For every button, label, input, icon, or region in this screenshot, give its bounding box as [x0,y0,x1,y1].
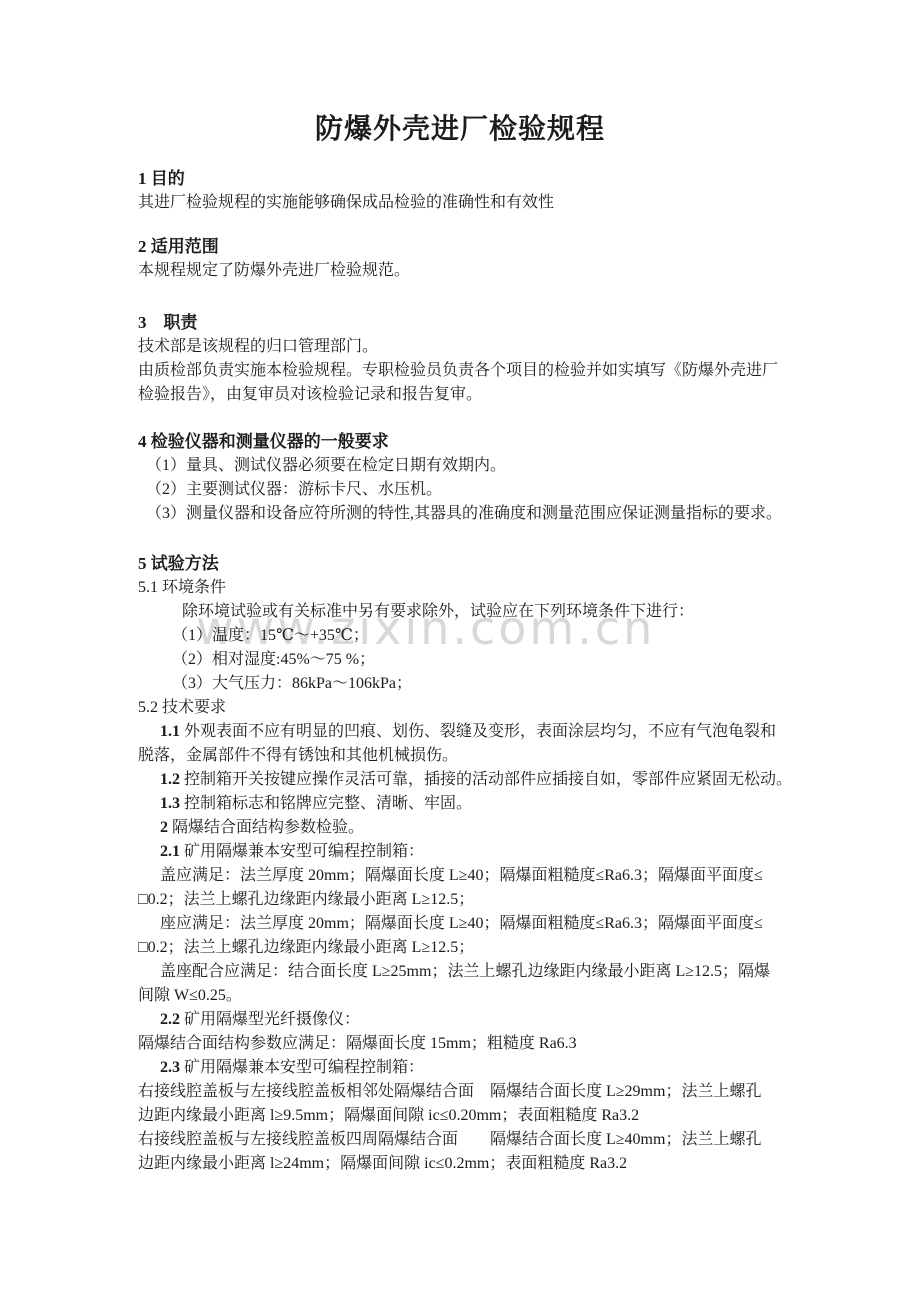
text-line: 技术部是该规程的归口管理部门。 [138,335,782,359]
line-text: 本规程规定了防爆外壳进厂检验规范。 [138,262,410,279]
text-line: 由质检部负责实施本检验规程。专职检验员负责各个项目的检验并如实填写《防爆外壳进厂 [138,359,782,383]
line-text: 右接线腔盖板与左接线腔盖板相邻处隔爆结合面 隔爆结合面长度 L≥29mm；法兰上… [138,1083,761,1100]
line-text: 间隙 W≤0.25。 [138,987,242,1004]
line-text: （3）大气压力：86kPa～106kPa； [172,675,412,692]
text-line: 座应满足：法兰厚度 20mm；隔爆面长度 L≥40；隔爆面粗糙度≤Ra6.3；隔… [138,912,782,936]
line-number-prefix: 1.2 [160,771,180,788]
line-text: 控制箱开关按键应操作灵活可靠，插接的活动部件应插接自如，零部件应紧固无松动。 [180,771,792,788]
line-text: 矿用隔爆兼本安型可编程控制箱： [180,1059,424,1076]
line-text: 座应满足：法兰厚度 20mm；隔爆面长度 L≥40；隔爆面粗糙度≤Ra6.3；隔… [160,915,763,932]
text-line: （1）量具、测试仪器必须要在检定日期有效期内。 [138,454,782,478]
text-line: 1.3 控制箱标志和铭牌应完整、清晰、牢固。 [138,792,782,816]
line-text: □0.2；法兰上螺孔边缘距内缘最小距离 L≥12.5； [138,939,474,956]
line-number-prefix: 2 适用范围 [138,237,219,256]
line-text: 盖应满足：法兰厚度 20mm；隔爆面长度 L≥40；隔爆面粗糙度≤Ra6.3；隔… [160,867,763,884]
line-number-prefix: 2.2 [160,1011,180,1028]
text-line: 脱落，金属部件不得有锈蚀和其他机械损伤。 [138,744,782,768]
line-text: （2）相对湿度:45%～75 %； [172,651,375,668]
document-body: 1 目的其进厂检验规程的实施能够确保成品检验的准确性和有效性2 适用范围本规程规… [138,167,782,1176]
line-number-prefix: 4 检验仪器和测量仪器的一般要求 [138,432,389,451]
line-text: 5.2 技术要求 [138,699,226,716]
text-line: 除环境试验或有关标准中另有要求除外，试验应在下列环境条件下进行： [138,600,782,624]
text-line: 检验报告》，由复审员对该检验记录和报告复审。 [138,383,782,407]
section-heading: 1 目的 [138,167,782,191]
line-text: （1）量具、测试仪器必须要在检定日期有效期内。 [146,457,506,474]
text-line: 5.1 环境条件 [138,576,782,600]
line-text: 矿用隔爆型光纤摄像仪： [180,1011,360,1028]
text-line: 2.2 矿用隔爆型光纤摄像仪： [138,1008,782,1032]
text-line: 2.3 矿用隔爆兼本安型可编程控制箱： [138,1056,782,1080]
line-text: 隔爆结合面结构参数应满足：隔爆面长度 15mm；粗糙度 Ra6.3 [138,1035,577,1052]
line-text: （1）温度：15℃～+35℃； [172,627,369,644]
line-text: □0.2；法兰上螺孔边缘距内缘最小距离 L≥12.5； [138,891,474,908]
text-line: □0.2；法兰上螺孔边缘距内缘最小距离 L≥12.5； [138,936,782,960]
line-text: 技术部是该规程的归口管理部门。 [138,338,378,355]
line-number-prefix: 2 [160,819,168,836]
text-line: 隔爆结合面结构参数应满足：隔爆面长度 15mm；粗糙度 Ra6.3 [138,1032,782,1056]
line-number-prefix: 1 目的 [138,169,185,188]
text-line: （2）主要测试仪器：游标卡尺、水压机。 [138,478,782,502]
text-line: 2.1 矿用隔爆兼本安型可编程控制箱： [138,840,782,864]
text-line: 右接线腔盖板与左接线腔盖板相邻处隔爆结合面 隔爆结合面长度 L≥29mm；法兰上… [138,1080,782,1104]
text-line: 盖应满足：法兰厚度 20mm；隔爆面长度 L≥40；隔爆面粗糙度≤Ra6.3；隔… [138,864,782,888]
text-line: □0.2；法兰上螺孔边缘距内缘最小距离 L≥12.5； [138,888,782,912]
section-heading: 5 试验方法 [138,552,782,576]
line-text: （2）主要测试仪器：游标卡尺、水压机。 [146,481,442,498]
line-number-prefix: 1.1 [160,723,180,740]
text-line: 边距内缘最小距离 l≥9.5mm；隔爆面间隙 ic≤0.20mm；表面粗糙度 R… [138,1104,782,1128]
text-line: 右接线腔盖板与左接线腔盖板四周隔爆结合面 隔爆结合面长度 L≥40mm；法兰上螺… [138,1128,782,1152]
line-text: 盖座配合应满足：结合面长度 L≥25mm；法兰上螺孔边缘距内缘最小距离 L≥12… [160,963,770,980]
text-line: 5.2 技术要求 [138,696,782,720]
line-text: 右接线腔盖板与左接线腔盖板四周隔爆结合面 隔爆结合面长度 L≥40mm；法兰上螺… [138,1131,761,1148]
text-line: 边距内缘最小距离 l≥24mm；隔爆面间隙 ic≤0.2mm；表面粗糙度 Ra3… [138,1152,782,1176]
text-line: 2 隔爆结合面结构参数检验。 [138,816,782,840]
line-number-prefix: 2.3 [160,1059,180,1076]
text-line: （3）大气压力：86kPa～106kPa； [138,672,782,696]
line-number-prefix: 3 职责 [138,313,198,332]
line-text: 隔爆结合面结构参数检验。 [168,819,364,836]
document-page: www.zixin.com.cn 防爆外壳进厂检验规程 1 目的其进厂检验规程的… [0,0,920,1302]
text-line: （2）相对湿度:45%～75 %； [138,648,782,672]
line-number-prefix: 2.1 [160,843,180,860]
section-heading: 3 职责 [138,311,782,335]
text-line: 1.1 外观表面不应有明显的凹痕、划伤、裂缝及变形，表面涂层均匀，不应有气泡龟裂… [138,720,782,744]
section-heading: 4 检验仪器和测量仪器的一般要求 [138,430,782,454]
line-text: 检验报告》，由复审员对该检验记录和报告复审。 [138,386,482,403]
line-text: 脱落，金属部件不得有锈蚀和其他机械损伤。 [138,747,458,764]
line-text: 5.1 环境条件 [138,579,226,596]
line-text: 其进厂检验规程的实施能够确保成品检验的准确性和有效性 [138,194,554,211]
line-text: 外观表面不应有明显的凹痕、划伤、裂缝及变形，表面涂层均匀，不应有气泡龟裂和 [180,723,776,740]
line-text: 由质检部负责实施本检验规程。专职检验员负责各个项目的检验并如实填写《防爆外壳进厂 [138,362,778,379]
text-line: 间隙 W≤0.25。 [138,984,782,1008]
line-number-prefix: 5 试验方法 [138,554,219,573]
text-line: 其进厂检验规程的实施能够确保成品检验的准确性和有效性 [138,191,782,215]
text-line: 1.2 控制箱开关按键应操作灵活可靠，插接的活动部件应插接自如，零部件应紧固无松… [138,768,782,792]
text-line: （3）测量仪器和设备应符所测的特性,其器具的准确度和测量范围应保证测量指标的要求… [138,502,782,526]
text-line: 盖座配合应满足：结合面长度 L≥25mm；法兰上螺孔边缘距内缘最小距离 L≥12… [138,960,782,984]
line-text: 边距内缘最小距离 l≥9.5mm；隔爆面间隙 ic≤0.20mm；表面粗糙度 R… [138,1107,639,1124]
line-text: 控制箱标志和铭牌应完整、清晰、牢固。 [180,795,472,812]
line-text: 边距内缘最小距离 l≥24mm；隔爆面间隙 ic≤0.2mm；表面粗糙度 Ra3… [138,1155,627,1172]
document-title: 防爆外壳进厂检验规程 [138,112,782,148]
section-heading: 2 适用范围 [138,235,782,259]
line-text: （3）测量仪器和设备应符所测的特性,其器具的准确度和测量范围应保证测量指标的要求… [146,505,782,522]
text-line: 本规程规定了防爆外壳进厂检验规范。 [138,259,782,283]
line-text: 除环境试验或有关标准中另有要求除外，试验应在下列环境条件下进行： [182,603,694,620]
text-line: （1）温度：15℃～+35℃； [138,624,782,648]
line-number-prefix: 1.3 [160,795,180,812]
line-text: 矿用隔爆兼本安型可编程控制箱： [180,843,424,860]
